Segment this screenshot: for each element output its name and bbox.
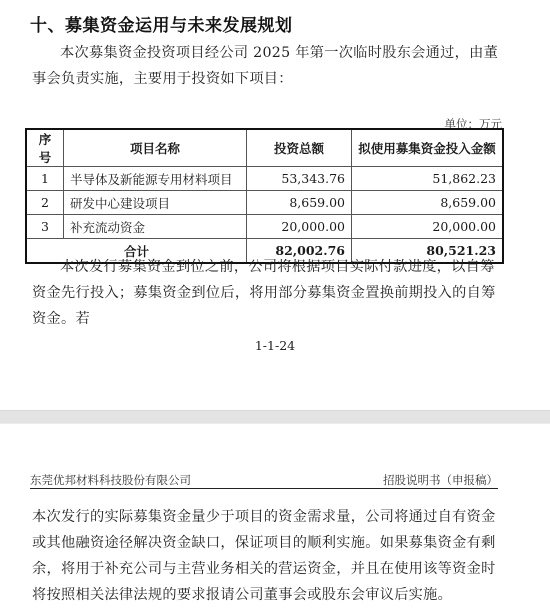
page-number: 1-1-24: [0, 338, 550, 353]
header-seq: 序号: [26, 129, 64, 167]
company-name: 东莞优邦材料科技股份有限公司: [30, 472, 191, 488]
fund-usage-table: 序号 项目名称 投资总额 拟使用募集资金投入金额 1 半导体及新能源专用材料项目…: [25, 128, 504, 264]
header-project-name: 项目名称: [64, 129, 247, 167]
cell-seq: 2: [26, 191, 64, 215]
cell-raised: 8,659.00: [352, 191, 504, 215]
cell-total: 8,659.00: [247, 191, 352, 215]
section-heading: 十、募集资金运用与未来发展规划: [30, 11, 293, 36]
cell-project-name: 研发中心建设项目: [64, 191, 247, 215]
table-row: 2 研发中心建设项目 8,659.00 8,659.00: [26, 191, 503, 215]
page-header: 东莞优邦材料科技股份有限公司 招股说明书（申报稿）: [30, 472, 498, 489]
page-separator: [0, 410, 550, 424]
cell-seq: 3: [26, 215, 64, 239]
after-table-paragraph: 本次发行募集资金到位之前，公司将根据项目实际付款进度，以自筹资金先行投入；募集资…: [32, 254, 504, 332]
cell-raised: 51,862.23: [352, 167, 504, 191]
cell-raised: 20,000.00: [352, 215, 504, 239]
table-row: 1 半导体及新能源专用材料项目 53,343.76 51,862.23: [26, 167, 503, 191]
intro-paragraph: 本次募集资金投资项目经公司 2025 年第一次临时股东会通过，由董事会负责实施，…: [32, 40, 504, 92]
cell-seq: 1: [26, 167, 64, 191]
table-row: 3 补充流动资金 20,000.00 20,000.00: [26, 215, 503, 239]
table-header-row: 序号 项目名称 投资总额 拟使用募集资金投入金额: [26, 129, 503, 167]
header-raised-funds: 拟使用募集资金投入金额: [352, 129, 504, 167]
continued-paragraph: 本次发行的实际募集资金量少于项目的资金需求量，公司将通过自有资金或其他融资途径解…: [32, 504, 504, 608]
cell-project-name: 补充流动资金: [64, 215, 247, 239]
cell-total: 53,343.76: [247, 167, 352, 191]
header-total-investment: 投资总额: [247, 129, 352, 167]
cell-project-name: 半导体及新能源专用材料项目: [64, 167, 247, 191]
document-title: 招股说明书（申报稿）: [383, 472, 498, 488]
cell-total: 20,000.00: [247, 215, 352, 239]
